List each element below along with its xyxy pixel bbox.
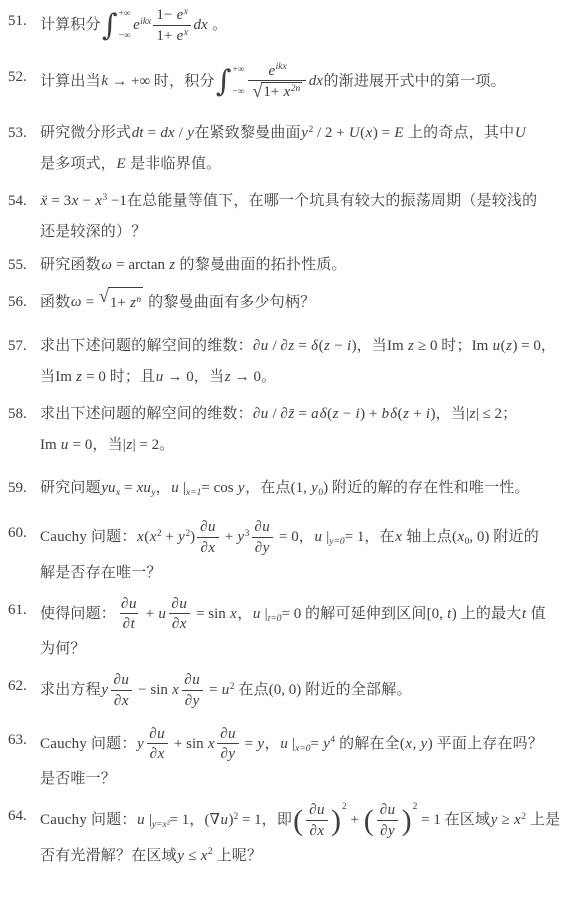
math-operator: 1+ <box>110 295 130 311</box>
math-operator: = <box>295 338 311 354</box>
problem-item: 53.研究微分形式dt = dx / y在紧致黎曼曲面y2 / 2 + U(x)… <box>8 118 572 180</box>
math-variable: y <box>257 736 265 752</box>
text-run: ，即 <box>262 812 292 828</box>
math-operator: 1+ <box>263 84 283 100</box>
math-variable: u <box>137 812 146 828</box>
problem-item: 61.使得问题：∂u∂t + u∂u∂x = sin x，u |t=0= 0 的… <box>8 595 572 666</box>
text-run: 研究函数 <box>40 257 101 273</box>
math-operator: ( <box>398 406 403 422</box>
fraction-denominator: ∂t <box>120 613 139 634</box>
integral-limits: +∞−∞ <box>118 10 130 42</box>
fraction-denominator: ∂y <box>182 690 203 711</box>
text-run: 时；且 <box>110 369 156 385</box>
math-operator: Im <box>472 338 492 354</box>
math-operator: ∂ <box>254 519 261 535</box>
problem-body: 求出方程y∂u∂x − sin x∂u∂y = u2 在点(0, 0) 附近的全… <box>40 671 572 711</box>
math-operator: − <box>330 338 346 354</box>
fraction-denominator: ∂x <box>197 537 218 558</box>
superscript: 3 <box>245 529 250 539</box>
math-operator: ≥ <box>498 812 514 828</box>
problem-number: 60. <box>8 518 40 549</box>
math-variable: y <box>237 480 245 496</box>
problem-number: 53. <box>8 118 40 149</box>
math-variable: z <box>169 257 176 273</box>
text-run: 是非临界值。 <box>126 156 221 172</box>
math-operator: − <box>339 406 355 422</box>
math-operator: = <box>310 736 322 752</box>
superscript: ikx <box>276 62 287 72</box>
math-variable: y <box>262 540 270 556</box>
integral: ∫+∞−∞ <box>216 66 245 98</box>
problem-item: 54.ẍ = 3x − x3 −1在总能量等值下，在哪一个坑具有较大的振荡周期（… <box>8 186 572 248</box>
problem-body: Cauchy 问题：y∂u∂x + sin x∂u∂y = y，u |x=0= … <box>40 725 572 796</box>
superscript: 2 <box>185 529 190 539</box>
problem-body: 计算出当k → +∞ 时，积分∫+∞−∞eikx√1+ x2ndx的渐进展开式中… <box>40 62 572 103</box>
math-variable: x <box>71 193 79 209</box>
math-operator: / ∂ <box>269 338 288 354</box>
problem-item: 52.计算出当k → +∞ 时，积分∫+∞−∞eikx√1+ x2ndx的渐进展… <box>8 62 572 103</box>
text-run: 函数 <box>40 294 70 310</box>
superscript: 2 <box>308 125 313 135</box>
problem-number: 64. <box>8 801 40 832</box>
text-run: 。 <box>159 437 174 453</box>
problem-number: 58. <box>8 399 40 430</box>
fraction-denominator: ∂x <box>111 690 132 711</box>
text-run: ，当 <box>92 437 122 453</box>
math-operator: ∂ <box>185 693 192 709</box>
math-fraction: ∂u∂t <box>118 595 140 635</box>
math-operator: | <box>261 606 268 622</box>
fraction-denominator: √1+ x2n <box>248 80 306 102</box>
superscript: x <box>184 28 188 38</box>
math-variable: u <box>158 606 167 622</box>
text-run: 计算出当 <box>40 73 101 89</box>
math-operator: = arctan <box>112 257 168 273</box>
math-operator: −1 <box>107 193 127 209</box>
math-variable: u <box>260 338 269 354</box>
math-variable: u <box>179 596 188 612</box>
math-variable: dx <box>193 17 208 33</box>
math-variable: y <box>228 746 236 762</box>
problem-body: 计算积分∫+∞−∞eikx1− ex1+ exdx 。 <box>40 6 572 46</box>
math-variable: x <box>457 529 465 545</box>
math-variable: xu <box>136 480 151 496</box>
math-variable: u <box>316 802 325 818</box>
problem-number: 63. <box>8 725 40 756</box>
math-operator: = <box>241 736 257 752</box>
math-variable: u <box>121 672 130 688</box>
math-operator: Im <box>55 369 75 385</box>
text-run: 的渐进展开式中的第一项。 <box>323 73 505 89</box>
fraction-numerator: ∂u <box>377 801 399 820</box>
text-run: ， <box>156 480 171 496</box>
math-operator: = 1 <box>170 812 190 828</box>
fraction-numerator: ∂u <box>181 671 203 690</box>
superscript: 2 <box>157 529 162 539</box>
integral: ∫+∞−∞ <box>102 10 131 42</box>
problem-body: 函数ω = √1+ zn 的黎曼曲面有多少句柄？ <box>40 287 572 319</box>
math-variable: δ <box>311 338 319 354</box>
math-variable: u <box>207 519 216 535</box>
text-run: 求出下述问题的解空间的维数： <box>40 406 253 422</box>
text-run: ，当 <box>357 338 387 354</box>
text-run: 在紧致黎曼曲面 <box>194 125 300 141</box>
text-run: 否有光滑解？在区域 <box>40 848 177 864</box>
math-fraction: ∂u∂x <box>306 801 328 841</box>
math-fraction: ∂u∂x <box>110 671 132 711</box>
math-operator: → +∞ <box>108 73 153 89</box>
math-operator: (0, 0) <box>269 682 302 698</box>
problem-body: ẍ = 3x − x3 −1在总能量等值下，在哪一个坑具有较大的振荡周期（是较浅… <box>40 186 572 248</box>
math-variable: x <box>149 529 157 545</box>
problem-item: 51.计算积分∫+∞−∞eikx1− ex1+ exdx 。 <box>8 6 572 46</box>
math-variable: y <box>192 693 200 709</box>
problem-body: Cauchy 问题：x(x2 + y2)∂u∂x + y3∂u∂y = 0，u … <box>40 518 572 589</box>
fraction-numerator: eikx <box>265 62 290 81</box>
problem-number: 56. <box>8 287 40 318</box>
subscript: 0 <box>465 537 470 547</box>
math-fraction: 1− ex1+ ex <box>153 6 191 46</box>
fraction-denominator: ∂y <box>217 743 238 764</box>
math-variable: u <box>171 480 180 496</box>
math-operator: (1, <box>291 480 311 496</box>
text-run: ， <box>189 812 204 828</box>
math-operator: ∂ <box>200 540 207 556</box>
math-operator: → 0 <box>231 369 261 385</box>
problem-list: 51.计算积分∫+∞−∞eikx1− ex1+ exdx 。52.计算出当k →… <box>8 6 572 872</box>
problem-item: 59.研究问题yux = xuy，u |x=1= cos y，在点(1, y0)… <box>8 473 572 504</box>
math-variable: u <box>221 682 230 698</box>
text-run: ，当 <box>194 369 224 385</box>
text-run: 是否唯一？ <box>40 771 116 787</box>
math-operator: = sin <box>192 606 229 622</box>
math-operator: − <box>79 193 95 209</box>
math-variable: x <box>207 736 215 752</box>
math-operator: ∂ <box>123 616 130 632</box>
subscript: y <box>151 488 155 498</box>
math-variable: y <box>101 682 109 698</box>
math-operator: ∂ <box>184 672 191 688</box>
math-variable: ω <box>70 294 82 310</box>
math-operator: + sin <box>170 736 207 752</box>
text-run: 上呢？ <box>213 848 263 864</box>
math-operator: = 0 <box>69 437 92 453</box>
text-run: 附近的全部解。 <box>301 682 411 698</box>
text-run: 在点 <box>234 682 268 698</box>
problem-number: 54. <box>8 186 40 217</box>
math-variable: x <box>172 682 180 698</box>
math-operator: , 0) <box>469 529 489 545</box>
problem-number: 61. <box>8 595 40 626</box>
math-operator: (∇ <box>204 812 219 828</box>
math-operator: = 3 <box>48 193 71 209</box>
text-run: ，当 <box>436 406 466 422</box>
math-variable: u <box>60 437 69 453</box>
text-run: 在总能量等值下，在哪一个坑具有较大的振荡周期（是较浅的 <box>127 193 537 209</box>
right-paren: ) <box>330 804 342 837</box>
fraction-denominator: 1+ ex <box>153 25 191 46</box>
subscript: x <box>116 488 120 498</box>
math-variable: u <box>262 519 271 535</box>
math-operator: ≥ 0 <box>414 338 441 354</box>
text-run: 平面上存在吗？ <box>433 736 543 752</box>
math-variable: u <box>492 338 501 354</box>
problem-body: 研究问题yux = xuy，u |x=1= cos y，在点(1, y0) 附近… <box>40 473 572 504</box>
fraction-numerator: ∂u <box>118 595 140 614</box>
math-operator: ≤ <box>184 848 200 864</box>
math-variable: e <box>176 28 184 44</box>
fraction-denominator: ∂x <box>147 743 168 764</box>
math-variable: u <box>192 672 201 688</box>
text-run: Cauchy 问题： <box>40 812 137 828</box>
problem-number: 62. <box>8 671 40 702</box>
math-fraction: ∂u∂y <box>377 801 399 841</box>
math-variable: x <box>317 823 325 839</box>
problem-item: 57.求出下述问题的解空间的维数：∂u / ∂z = δ(z − i)，当Im … <box>8 331 572 393</box>
math-variable: u <box>260 406 269 422</box>
problem-number: 51. <box>8 6 40 37</box>
problem-number: 52. <box>8 62 40 93</box>
fraction-numerator: ∂u <box>110 671 132 690</box>
math-operator: Im <box>40 437 60 453</box>
text-run: 上的奇点，其中 <box>404 125 514 141</box>
math-operator: → 0 <box>164 369 194 385</box>
problem-number: 55. <box>8 250 40 281</box>
square-root: √1+ zn <box>99 287 143 319</box>
math-fraction: ∂u∂x <box>168 595 190 635</box>
text-run: 研究问题 <box>40 480 101 496</box>
integral-symbol: ∫ <box>102 11 118 41</box>
math-variable: z̄ <box>288 406 295 422</box>
math-operator: = <box>82 294 98 310</box>
text-run: 时； <box>441 338 471 354</box>
math-operator: + <box>162 529 178 545</box>
math-operator: ) = 0 <box>512 338 540 354</box>
problem-body: 研究函数ω = arctan z 的黎曼曲面的拓扑性质。 <box>40 250 572 281</box>
superscript: n <box>136 295 141 305</box>
math-operator: Im <box>387 338 407 354</box>
math-variable: z <box>469 406 476 422</box>
math-variable: e <box>268 63 276 79</box>
math-variable: y <box>490 812 498 828</box>
superscript: 2n <box>291 84 301 94</box>
text-run: 在区域 <box>445 812 491 828</box>
text-run: 附近的 <box>489 529 539 545</box>
text-run: 值 <box>527 606 546 622</box>
math-variable: u <box>387 802 396 818</box>
math-operator: = cos <box>201 480 237 496</box>
math-fraction: ∂u∂y <box>181 671 203 711</box>
text-run: 的黎曼曲面有多少句柄？ <box>144 294 315 310</box>
text-run: Cauchy 问题： <box>40 736 137 752</box>
integral-upper-limit: +∞ <box>232 66 244 76</box>
text-run: 当 <box>40 369 55 385</box>
math-variable: y <box>388 823 396 839</box>
math-operator: = 1 <box>238 812 261 828</box>
fraction-numerator: 1− ex <box>153 6 191 25</box>
math-variable: z <box>126 437 133 453</box>
math-variable: u <box>252 606 261 622</box>
math-variable: a <box>311 406 320 422</box>
math-operator: ∂ <box>380 802 387 818</box>
text-run: ， <box>265 736 280 752</box>
math-fraction: ∂u∂x <box>146 725 168 765</box>
math-variable: y <box>420 736 428 752</box>
problem-body: 求出下述问题的解空间的维数：∂u / ∂z̄ = aδ(z − i) + bδ(… <box>40 399 572 461</box>
text-run: 轴上点 <box>402 529 452 545</box>
radicand: 1+ x2n <box>261 82 302 102</box>
math-operator: 1− <box>156 7 176 23</box>
problem-item: 55.研究函数ω = arctan z 的黎曼曲面的拓扑性质。 <box>8 250 572 281</box>
math-operator: ( <box>319 338 324 354</box>
math-fraction: ∂u∂y <box>251 518 273 558</box>
math-operator: ) + <box>360 406 381 422</box>
math-variable: x <box>283 84 291 100</box>
subscript: y=0 <box>329 537 344 547</box>
math-fraction: ∂u∂y <box>217 725 239 765</box>
math-operator: − sin <box>134 682 171 698</box>
text-run: 求出下述问题的解空间的维数： <box>40 338 253 354</box>
math-operator: 1+ <box>156 28 176 44</box>
math-operator: + <box>142 606 158 622</box>
text-run: 的黎曼曲面的拓扑性质。 <box>176 257 347 273</box>
text-run: Cauchy 问题： <box>40 529 137 545</box>
problem-body: 使得问题：∂u∂t + u∂u∂x = sin x，u |t=0= 0 的解可延… <box>40 595 572 666</box>
math-operator: = <box>295 406 311 422</box>
math-operator: | <box>145 812 152 828</box>
fraction-denominator: ∂x <box>169 613 190 634</box>
text-run: ， <box>541 338 556 354</box>
math-variable: x <box>157 746 165 762</box>
math-fraction: eikx√1+ x2n <box>248 62 306 103</box>
math-operator: = 0 <box>282 606 305 622</box>
math-variable: δ <box>319 406 327 422</box>
left-paren: ( <box>363 804 375 837</box>
superscript: x <box>184 7 188 17</box>
text-run: 。 <box>261 369 276 385</box>
math-operator: + <box>409 406 425 422</box>
math-operator: ( <box>501 338 506 354</box>
math-operator: = 1 <box>345 529 365 545</box>
superscript: 2 <box>230 682 235 692</box>
superscript: 2 <box>233 812 238 822</box>
text-run: 。 <box>208 17 227 33</box>
math-variable: dx <box>308 73 323 89</box>
text-run: ，在点 <box>245 480 291 496</box>
text-run: 的解在全 <box>335 736 400 752</box>
document-page: 51.计算积分∫+∞−∞eikx1− ex1+ exdx 。52.计算出当k →… <box>0 0 580 872</box>
integral-upper-limit: +∞ <box>118 10 130 20</box>
text-run: 求出方程 <box>40 682 101 698</box>
math-operator: [0, <box>427 606 447 622</box>
problem-body: 研究微分形式dt = dx / y在紧致黎曼曲面y2 / 2 + U(x) = … <box>40 118 572 180</box>
text-run: 上是 <box>526 812 560 828</box>
math-variable: y <box>137 736 145 752</box>
fraction-denominator: ∂x <box>306 820 327 841</box>
problem-item: 60.Cauchy 问题：x(x2 + y2)∂u∂x + y3∂u∂y = 0… <box>8 518 572 589</box>
integral-symbol: ∫ <box>216 67 232 97</box>
math-operator: = <box>120 480 136 496</box>
problem-item: 63.Cauchy 问题：y∂u∂x + sin x∂u∂y = y，u |x=… <box>8 725 572 796</box>
fraction-numerator: ∂u <box>306 801 328 820</box>
math-variable: ẍ <box>40 193 48 209</box>
math-variable: U <box>514 125 526 141</box>
math-operator: = <box>144 125 160 141</box>
math-variable: U <box>348 125 360 141</box>
superscript: 2 <box>521 812 526 822</box>
math-operator: | = 2 <box>133 437 159 453</box>
math-variable: z <box>332 406 339 422</box>
math-operator: ∂ <box>220 746 227 762</box>
math-variable: t <box>130 616 135 632</box>
math-operator: ∂ <box>309 823 316 839</box>
fraction-numerator: ∂u <box>197 518 219 537</box>
math-operator: ) = <box>373 125 394 141</box>
text-run: 的解可延伸到区间 <box>305 606 427 622</box>
math-operator: = 1 <box>417 812 444 828</box>
math-variable: yu <box>101 480 116 496</box>
subscript: x=1 <box>186 488 201 498</box>
math-operator: ∂ <box>150 746 157 762</box>
text-run: 附近的解的存在性和唯一性。 <box>328 480 530 496</box>
math-operator: ∂ <box>171 596 178 612</box>
problem-item: 64.Cauchy 问题：u |y=x²= 1，(∇u)2 = 1，即(∂u∂x… <box>8 801 572 872</box>
math-operator: ) <box>190 529 195 545</box>
math-variable: E <box>116 156 126 172</box>
superscript: 3 <box>102 193 107 203</box>
math-variable: x <box>121 693 129 709</box>
text-run: ， <box>237 606 252 622</box>
superscript: ikx <box>140 17 151 27</box>
text-run: 研究微分形式 <box>40 125 131 141</box>
math-variable: u <box>157 726 166 742</box>
math-variable: u <box>227 726 236 742</box>
text-run: 解是否存在唯一？ <box>40 565 162 581</box>
problem-body: 求出下述问题的解空间的维数：∂u / ∂z = δ(z − i)，当Im z ≥… <box>40 331 572 393</box>
math-operator: + <box>347 812 363 828</box>
superscript: 2 <box>342 802 347 812</box>
fraction-denominator: ∂y <box>377 820 398 841</box>
math-variable: z <box>288 338 295 354</box>
math-variable: x <box>200 848 208 864</box>
fraction-denominator: ∂y <box>252 537 273 558</box>
subscript: y=x² <box>152 820 170 830</box>
math-fraction: ∂u∂x <box>197 518 219 558</box>
math-operator: / ∂ <box>269 406 288 422</box>
math-operator: / <box>175 125 187 141</box>
subscript: 0 <box>318 488 323 498</box>
text-run: 上的最大 <box>457 606 522 622</box>
fraction-numerator: ∂u <box>146 725 168 744</box>
math-variable: dt <box>131 125 144 141</box>
math-operator: | ≤ 2 <box>476 406 502 422</box>
problem-item: 58.求出下述问题的解空间的维数：∂u / ∂z̄ = aδ(z − i) + … <box>8 399 572 461</box>
math-operator: + <box>221 529 237 545</box>
math-operator: , <box>413 736 421 752</box>
math-variable: x <box>405 736 413 752</box>
math-variable: x <box>179 616 187 632</box>
math-operator: = 0 <box>275 529 298 545</box>
math-variable: u <box>155 369 164 385</box>
text-run: 还是较深的）？ <box>40 224 146 240</box>
integral-limits: +∞−∞ <box>232 66 244 98</box>
text-run: ， <box>299 529 314 545</box>
subscript: t=0 <box>268 614 282 624</box>
text-run: ； <box>502 406 517 422</box>
math-variable: dx <box>160 125 175 141</box>
left-paren: ( <box>292 804 304 837</box>
math-operator: ∂ <box>380 823 387 839</box>
